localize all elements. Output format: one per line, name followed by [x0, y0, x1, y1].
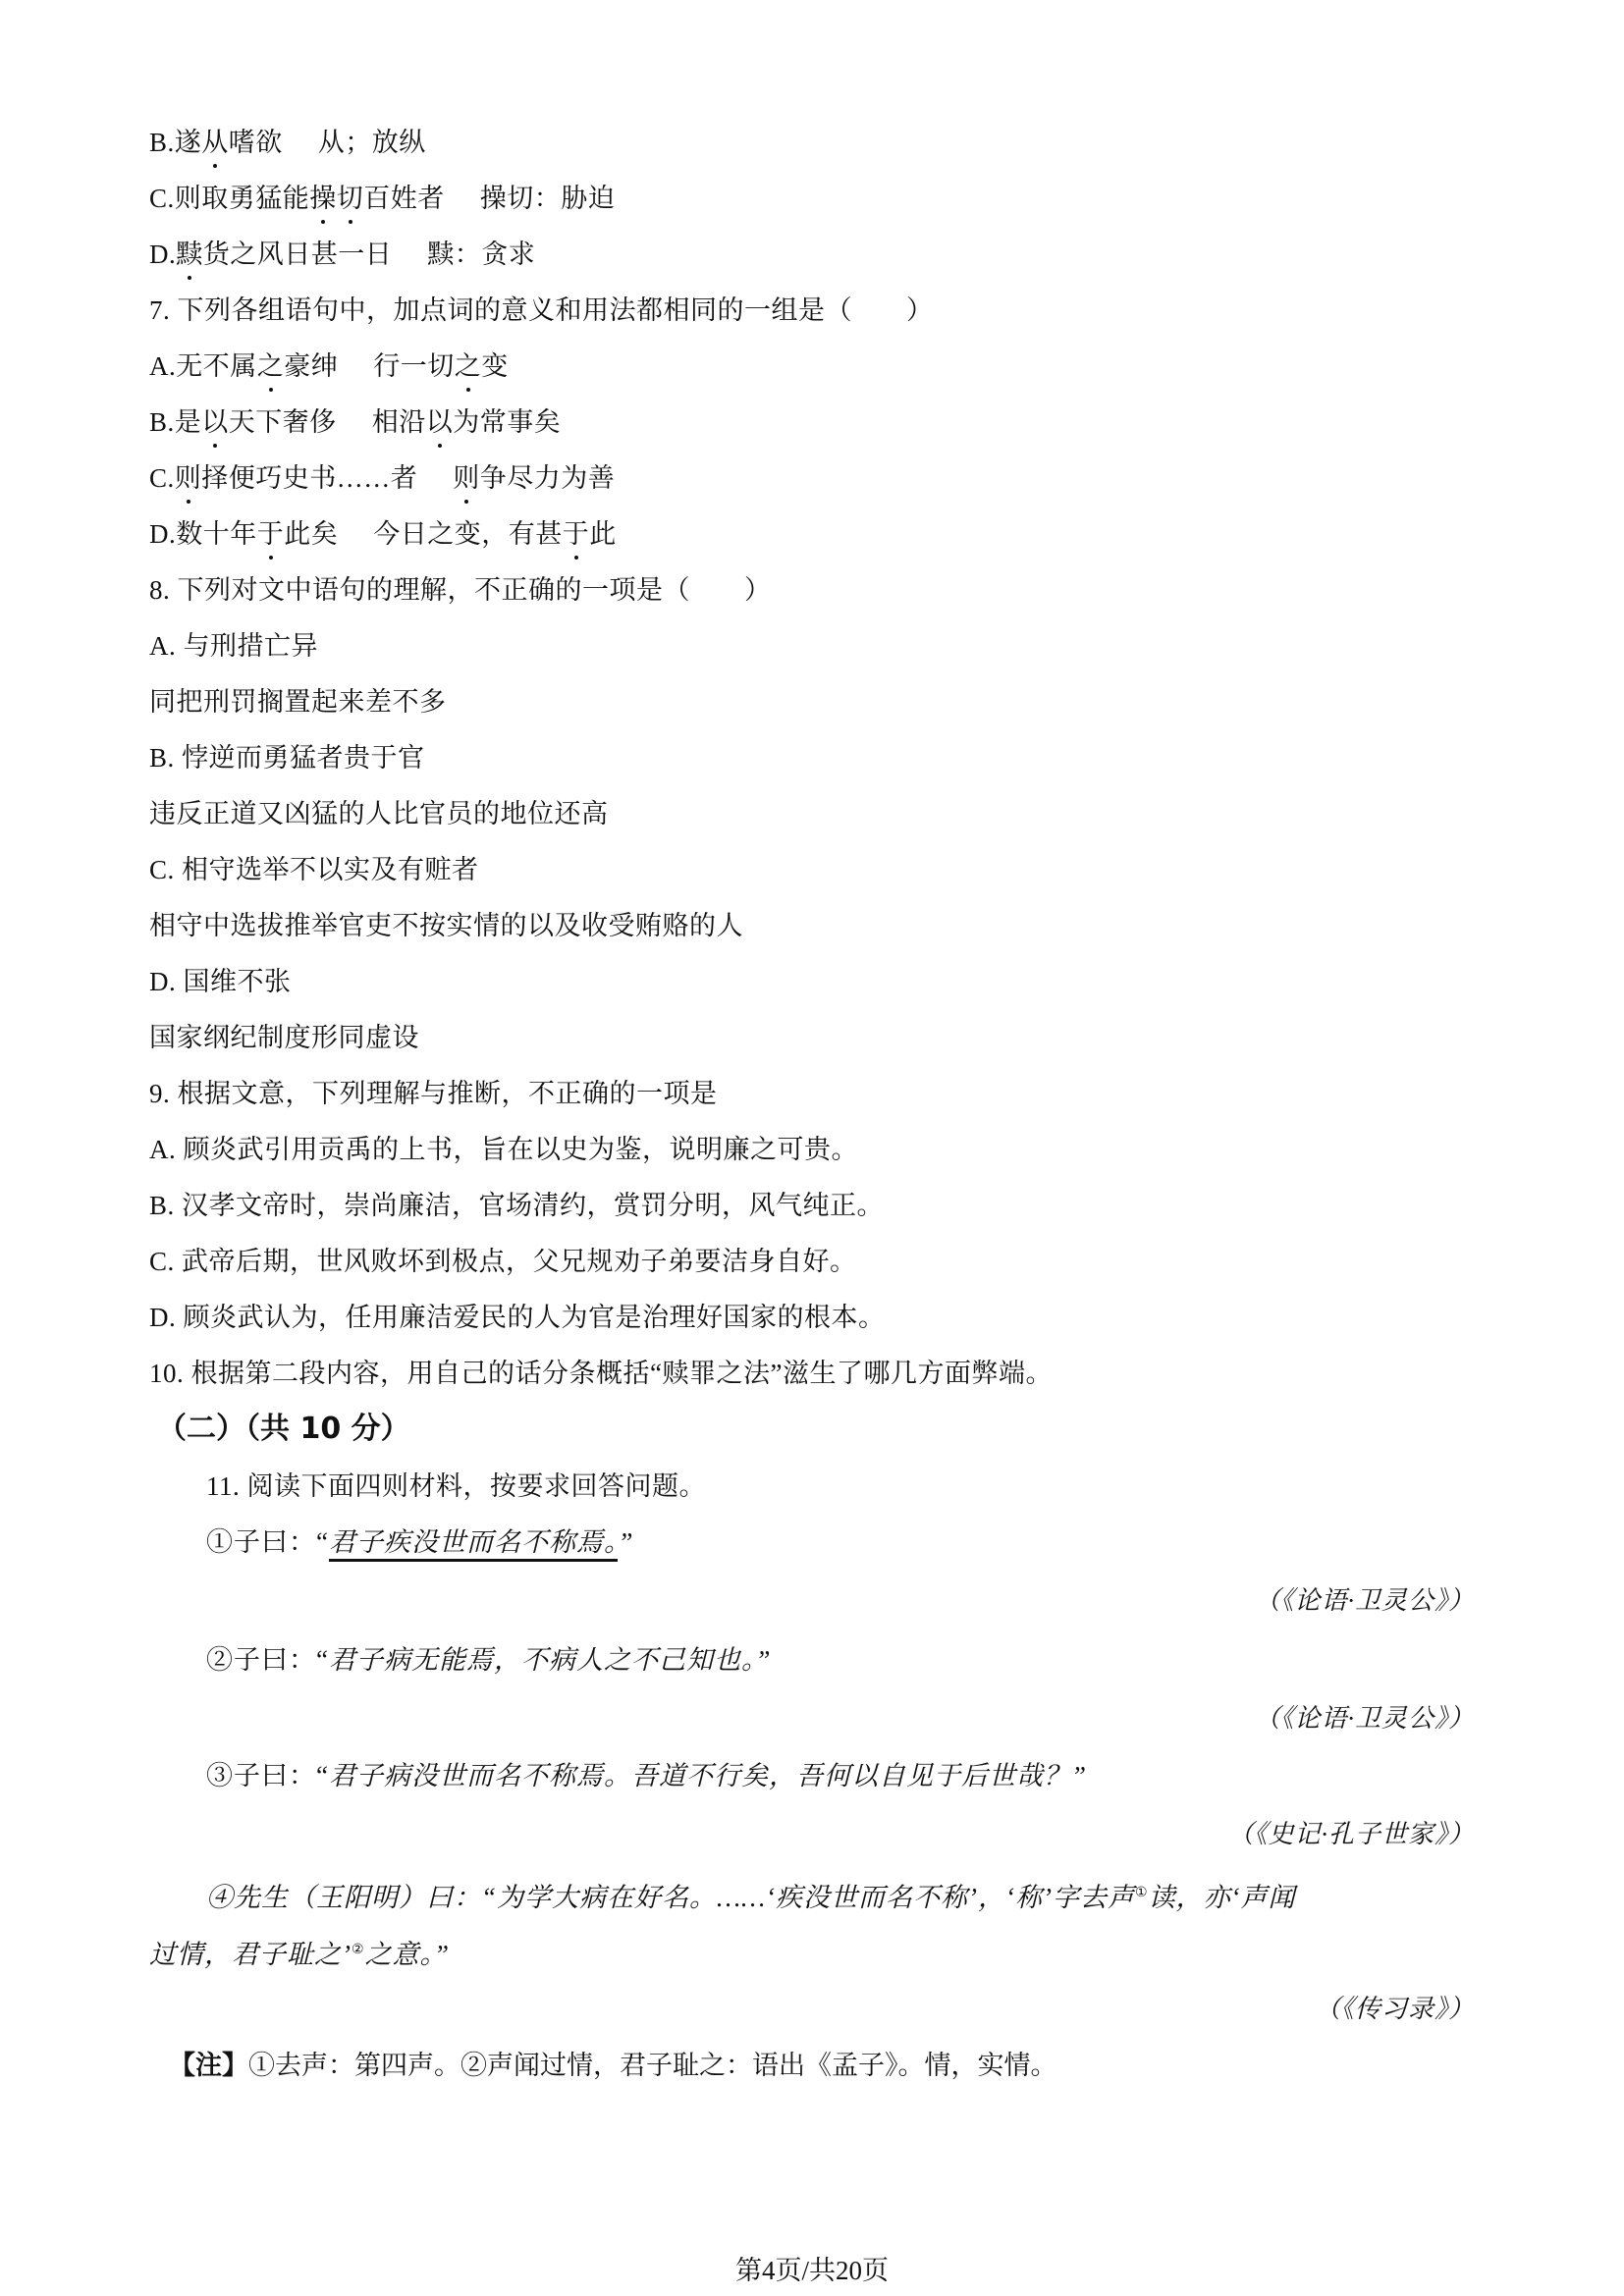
- option-text: 相沿: [372, 407, 426, 437]
- note-label: 【注】: [169, 2051, 248, 2081]
- q11-stem: 11. 阅读下面四则材料，按要求回答问题。: [206, 1469, 706, 1503]
- q7-option-a: A.无不属之豪绅行一切之变: [149, 349, 509, 383]
- page-indicator: 第4页/共20页: [0, 2254, 1624, 2287]
- option-label: B.: [149, 128, 175, 157]
- dotted-word: 于: [563, 517, 590, 551]
- underlined-quote: 君子疾没世而名不称焉。: [329, 1527, 619, 1562]
- material-prefix: ③子曰：“: [206, 1761, 329, 1790]
- option-gloss: 黩：贪求: [427, 240, 535, 269]
- dotted-word: 从: [201, 126, 229, 159]
- material-prefix: ①子曰：“: [206, 1527, 329, 1557]
- material-text: 君子病无能焉，不病人之不己知也。”: [329, 1645, 772, 1675]
- q10-stem: 10. 根据第二段内容，用自己的话分条概括“赎罪之法”滋生了哪几方面弊端。: [149, 1357, 1053, 1390]
- note-text: ①去声：第四声。②声闻过情，君子耻之：语出《孟子》。情，实情。: [248, 2051, 1057, 2080]
- dotted-word: 之: [455, 349, 482, 383]
- option-text: 行一切: [373, 351, 455, 381]
- q8-option-c-translation: 相守中选拔推举官吏不按实情的以及收受贿赂的人: [149, 909, 743, 942]
- material-suffix: ”: [618, 1527, 633, 1557]
- material-4-line2: 过情，君子耻之’②之意。”: [149, 1934, 450, 1971]
- material-3-source: （《史记·孔子世家》）: [1227, 1818, 1475, 1851]
- dotted-word: 以: [426, 405, 454, 439]
- dotted-word: 黩: [176, 238, 203, 271]
- q9-stem: 9. 根据文意，下列理解与推断，不正确的一项是: [149, 1077, 718, 1110]
- q7-stem: 7. 下列各组语句中，加点词的意义和用法都相同的一组是（ ）: [149, 294, 934, 327]
- material-3: ③子曰：“君子病没世而名不称焉。吾道不行矣，吾何以自见于后世哉？”: [206, 1759, 1087, 1792]
- option-text: 此: [589, 519, 617, 549]
- material-text: 过情，君子耻之’: [149, 1940, 352, 1969]
- material-4-line1: ④先生（王阳明）曰：“为学大病在好名。……‘疾没世而名不称’，‘称’字去声①读，…: [206, 1877, 1296, 1914]
- material-4-source: （《传习录》）: [1315, 1993, 1475, 2026]
- option-text: 今日之变，有甚: [373, 519, 563, 549]
- material-text: 读，亦‘声闻: [1149, 1883, 1296, 1912]
- q8-option-b-translation: 违反正道又凶猛的人比官员的地位还高: [149, 797, 609, 830]
- option-text: 争尽力为善: [480, 463, 616, 493]
- material-text: ④先生（王阳明）曰：“为学大病在好名。……‘疾没世而名不称’，‘称’字去声: [206, 1883, 1135, 1912]
- option-gloss: 从；放纵: [318, 128, 426, 157]
- option-text: 嗜欲: [229, 128, 283, 157]
- dotted-word: 之: [257, 349, 285, 383]
- q6-option-c: C.则取勇猛能操切百姓者操切：胁迫: [149, 182, 615, 215]
- q8-option-b: B. 悖逆而勇猛者贵于官: [149, 741, 425, 774]
- option-text: 数十年: [176, 519, 257, 549]
- q9-option-c: C. 武帝后期，世风败坏到极点，父兄规劝子弟要洁身自好。: [149, 1245, 857, 1278]
- q9-option-d: D. 顾炎武认为，任用廉洁爱民的人为官是治理好国家的根本。: [149, 1301, 886, 1334]
- q6-option-b: B.遂从嗜欲从；放纵: [149, 126, 426, 159]
- footnote-ref: ①: [1135, 1886, 1149, 1900]
- q7-option-d: D.数十年于此矣今日之变，有甚于此: [149, 517, 617, 551]
- q9-option-a: A. 顾炎武引用贡禹的上书，旨在以史为鉴，说明廉之可贵。: [149, 1133, 858, 1166]
- dotted-word: 切: [337, 182, 364, 215]
- option-label: D.: [149, 240, 176, 269]
- q8-option-a-translation: 同把刑罚搁置起来差不多: [149, 685, 447, 719]
- option-text: 天下奢侈: [229, 407, 337, 437]
- q8-stem: 8. 下列对文中语句的理解，不正确的一项是（ ）: [149, 573, 772, 607]
- section-heading: （二）（共 10 分）: [157, 1412, 410, 1447]
- option-text: 豪绅: [284, 351, 338, 381]
- option-label: C.: [149, 184, 175, 213]
- option-text: 择便巧史书……者: [201, 463, 417, 493]
- option-label: A.: [149, 351, 176, 381]
- option-gloss: 操切：胁迫: [480, 184, 616, 213]
- dotted-word: 操: [309, 182, 337, 215]
- option-text: 遂: [175, 128, 202, 157]
- material-1-source: （《论语·卫灵公》）: [1254, 1584, 1475, 1618]
- option-text: 货之风日甚一日: [203, 240, 393, 269]
- option-text: 无不属: [176, 351, 257, 381]
- material-2: ②子曰：“君子病无能焉，不病人之不己知也。”: [206, 1643, 772, 1677]
- q8-option-d: D. 国维不张: [149, 965, 292, 998]
- dotted-word: 则: [175, 461, 202, 495]
- material-2-source: （《论语·卫灵公》）: [1254, 1702, 1475, 1735]
- option-label: D.: [149, 519, 176, 549]
- material-text: 之意。”: [365, 1940, 451, 1969]
- option-text: 则取勇猛能: [175, 184, 310, 213]
- q9-option-b: B. 汉孝文帝时，崇尚廉洁，官场清约，赏罚分明，风气纯正。: [149, 1189, 884, 1222]
- q8-option-a: A. 与刑措亡异: [149, 629, 318, 663]
- material-prefix: ②子曰：“: [206, 1645, 329, 1675]
- q7-option-c: C.则择便巧史书……者则争尽力为善: [149, 461, 615, 495]
- q6-option-d: D.黩货之风日甚一日黩：贪求: [149, 238, 535, 271]
- q8-option-d-translation: 国家纲纪制度形同虚设: [149, 1021, 419, 1054]
- q8-option-c: C. 相守选举不以实及有赃者: [149, 853, 479, 886]
- option-text: 是: [175, 407, 202, 437]
- option-label: C.: [149, 463, 175, 493]
- option-text: 百姓者: [363, 184, 445, 213]
- footnote: 【注】①去声：第四声。②声闻过情，君子耻之：语出《孟子》。情，实情。: [169, 2049, 1057, 2083]
- q7-option-b: B.是以天下奢侈相沿以为常事矣: [149, 405, 561, 439]
- option-text: 变: [481, 351, 509, 381]
- option-text: 为常事矣: [453, 407, 561, 437]
- footnote-ref: ②: [352, 1943, 365, 1957]
- dotted-word: 于: [257, 517, 285, 551]
- material-1: ①子曰：“君子疾没世而名不称焉。”: [206, 1525, 634, 1559]
- option-label: B.: [149, 407, 175, 437]
- option-text: 此矣: [284, 519, 338, 549]
- dotted-word: 则: [453, 461, 480, 495]
- material-text: 君子病没世而名不称焉。吾道不行矣，吾何以自见于后世哉？”: [329, 1761, 1087, 1790]
- dotted-word: 以: [201, 405, 229, 439]
